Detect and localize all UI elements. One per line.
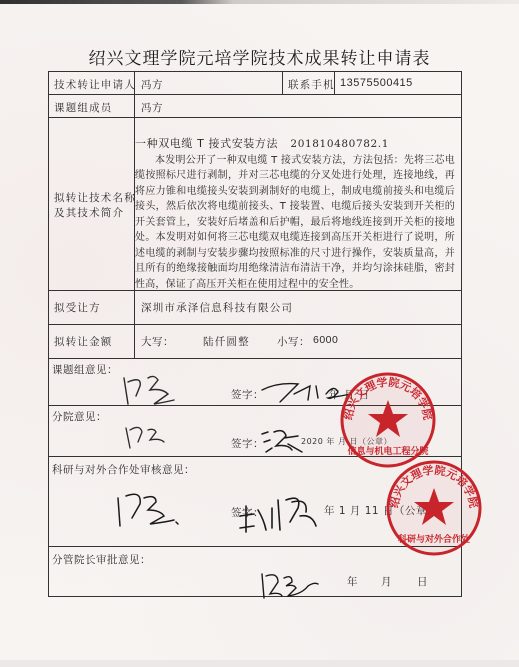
branch-opinion-handwriting	[122, 420, 172, 452]
row-divider	[49, 117, 461, 118]
scan-edge-top	[0, 0, 519, 4]
amount-lower-label: 小写：	[277, 334, 310, 349]
dean-date-day: 日	[417, 574, 428, 589]
applicant-value: 冯方	[141, 77, 163, 92]
row-divider	[49, 94, 461, 95]
phone-value: 13575500415	[340, 77, 413, 89]
scan-edge-bottom	[0, 660, 519, 667]
amount-upper-label: 大写：	[141, 334, 174, 349]
transferee-value: 深圳市承泽信息科技有限公司	[141, 300, 293, 315]
branch-signature	[258, 424, 308, 458]
research-signature	[236, 486, 326, 538]
amount-lower-value: 6000	[313, 334, 338, 346]
tech-label-line1: 拟转让技术名称	[54, 190, 136, 205]
column-divider	[282, 72, 283, 94]
row-divider	[49, 358, 461, 359]
research-opinion-label: 科研与对外合作处审核意见：	[52, 462, 195, 477]
document-title: 绍兴文理学院元培学院技术成果转让申请表	[0, 44, 519, 69]
members-label: 课题组成员	[54, 100, 113, 115]
college-stamp-bottom-text: 信息与机电工程分院	[347, 445, 429, 457]
tech-description: 本发明公开了一种双电缆 T 接式安装方法，方法包括：先将三芯电缆按照标尺进行剥制…	[135, 153, 455, 293]
row-divider	[49, 324, 461, 325]
office-stamp: 绍兴文理学院元培学院 科研与对外合作处	[384, 458, 484, 558]
tech-title-line: 一种双电缆 T 接式安装方法 201810480782.1	[135, 136, 455, 153]
members-value: 冯方	[141, 100, 163, 115]
dean-date-year: 年	[347, 574, 358, 589]
group-opinion-handwriting	[118, 372, 188, 408]
applicant-label: 技术转让申请人	[54, 77, 136, 92]
tech-description-block: 一种双电缆 T 接式安装方法 201810480782.1 本发明公开了一种双电…	[135, 136, 455, 292]
college-stamp: 绍兴文理学院元培学院 信息与机电工程分院	[338, 370, 438, 470]
branch-opinion-label: 分院意见：	[52, 409, 107, 424]
research-opinion-handwriting	[112, 488, 192, 532]
phone-label: 联系手机	[288, 77, 335, 92]
patent-number: 201810480782.1	[290, 138, 389, 150]
dean-opinion-label: 分管院长审批意见：	[52, 552, 151, 567]
amount-upper-value: 陆仟圆整	[203, 334, 250, 349]
office-stamp-bottom-text: 科研与对外合作处	[397, 533, 470, 545]
dean-signature	[258, 570, 328, 600]
tech-label-line2: 及其技术简介	[54, 205, 124, 220]
group-opinion-label: 课题组意见：	[52, 362, 118, 377]
tech-name: 一种双电缆 T 接式安装方法	[135, 137, 278, 150]
transferee-label: 拟受让方	[54, 300, 101, 315]
amount-label: 拟转让金额	[54, 334, 113, 349]
dean-date-month: 月	[381, 574, 392, 589]
